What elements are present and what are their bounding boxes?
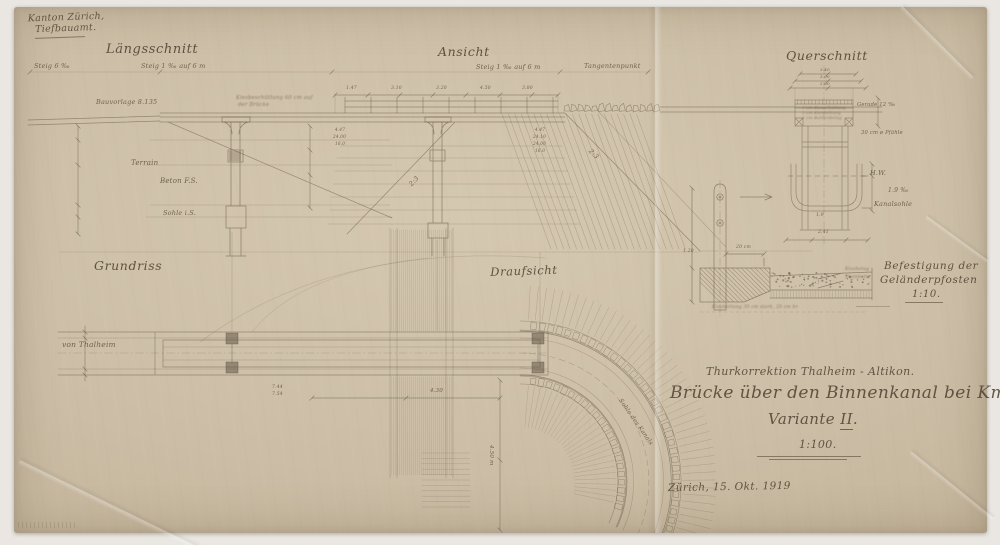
pencil-annotation: 4.30 [430,389,443,395]
plan-main [58,326,548,530]
section-title-grundriss: Grundriss [94,258,162,273]
pencil-annotation: 4.47 [335,128,345,132]
pencil-annotation: 2.41 [818,231,829,236]
pier-plan [226,362,238,373]
detail-underline [905,302,943,303]
pencil-annotation: Kiesbettung 30 cm stark, 20 cm br. [712,306,799,311]
pencil-annotation: 16.0 [535,149,545,153]
titleblock-variant: Variante II. [768,410,858,428]
pencil-annotation: 24.10 [533,135,546,139]
pencil-annotation: 3.40 [820,68,830,72]
pencil-annotation: 4.50 m [488,445,494,465]
pencil-annotation: Kanalsohle [874,201,912,208]
section-title-ansicht: Ansicht [438,44,490,59]
pencil-annotation: 7.44 [272,386,283,391]
curve-stone-arcs [520,321,681,545]
titleblock-scale: 1:100. [799,438,837,451]
pencil-annotation: 1.47 [346,87,357,92]
pencil-annotation: Kiesbeschüttung 60 cm auf [236,96,313,101]
pencil-annotation: Steig 1 ‰ auf 6 m [141,63,206,70]
pier-collar [229,151,241,161]
pencil-annotation: Steig 6 ‰ [34,63,70,70]
pencil-annotation: Tangentenpunkt [584,63,641,70]
section-title-draufsicht: Draufsicht [490,263,558,279]
pencil-annotation: von Thalheim [62,341,116,349]
pencil-annotation: Steinbett [845,276,868,281]
scanned-drawing-sheet: Steig 6 ‰Steig 1 ‰ auf 6 mBauvorlage 8.1… [0,0,1000,545]
pencil-annotation: Bauvorlage 8.135 [96,99,157,106]
detail-label-line1: Befestigung der [884,260,978,272]
variant-numeral: II [840,410,853,430]
pier-plan [226,333,238,344]
layer-lines [143,140,580,224]
pencil-annotation: Terrain [131,160,158,167]
detail-label-scale: 1:10. [912,289,941,300]
pencil-annotation: 1.9 [816,214,824,219]
pencil-annotation: H.W. [870,170,886,177]
pencil-annotation: Gerade 12 ‰ [857,103,895,108]
titleblock-project: Thurkorrektion Thalheim - Altikon. [706,365,915,378]
titleblock-title: Brücke über den Binnenkanal bei Km. 17+6… [670,383,1000,403]
section-title-laengsschnitt: Längsschnitt [106,42,198,57]
pencil-annotation: Kiesbelag [845,268,869,273]
pencil-annotation: 3.10 [391,87,402,92]
pencil-annotation: 20 cm [736,246,751,251]
pencil-annotation: 5 cm Bohlenbelag [802,116,842,120]
pencil-annotation: 2.60 [820,82,830,86]
pier-plan [532,362,544,373]
titleblock-date: Zürich, 15. Okt. 1919 [668,480,791,494]
pencil-annotation: 4.50 [480,87,491,92]
detail-label-line2: Geländerpfosten [880,274,977,286]
elevation-main [28,95,882,251]
pencil-annotation: 3.20 [436,87,447,92]
pencil-annotation: Steig 1 ‰ auf 6 m [476,64,541,71]
pencil-annotation: 16.0 [335,142,345,146]
scale-rule-1 [757,456,861,457]
pencil-annotation: Beton F.S. [160,178,198,185]
archive-mark [18,522,76,528]
pencil-annotation: 7.54 [272,393,283,398]
pencil-annotation: 24.00 [533,142,546,146]
section-title-querschnitt: Querschnitt [786,48,868,63]
pencil-annotation: 1.20 [683,250,694,255]
cross-section [786,74,878,240]
pencil-annotation: 4.47 [535,128,545,132]
pencil-annotation: der Brücke [238,103,269,108]
pencil-annotation: 3.80 [522,87,533,92]
office-stamp: Kanton Zürich, Tiefbauamt. [28,11,105,36]
detail-side-rule [856,306,890,307]
pencil-annotation: 30 cm ø Pfähle [861,131,903,136]
scale-rule-2 [769,459,847,460]
variant-suffix: . [853,410,858,428]
curve-centerline [520,353,649,536]
pencil-annotation: Sohle i.S. [163,210,196,217]
variant-prefix: Variante [768,410,840,428]
slope-secondary [597,110,726,247]
pencil-annotation: 3.00 [820,75,830,79]
pencil-annotation: 24.00 [333,135,346,139]
pencil-annotation: 1.9 ‰ [888,188,909,194]
